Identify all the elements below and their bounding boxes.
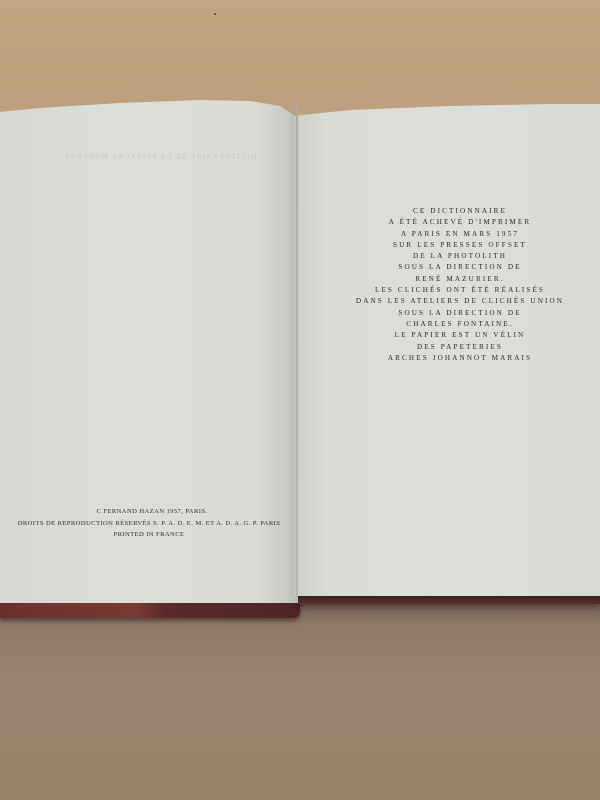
colophon-line: RENÉ MAZURIER.	[330, 274, 590, 285]
show-through-text: DICTIONNAIRE DE LA PEINTURE MODERNE	[50, 153, 270, 161]
colophon-line: DES PAPETERIES	[330, 342, 590, 353]
colophon-line: DE LA PHOTOLITH	[330, 251, 590, 262]
dust-speck	[214, 13, 216, 15]
colophon-line: A PARIS EN MARS 1957	[330, 229, 590, 240]
book-cover-edge-right	[296, 596, 600, 604]
colophon: CE DICTIONNAIRE A ÉTÉ ACHEVÉ D'IMPRIMER …	[330, 206, 590, 364]
colophon-line: A ÉTÉ ACHEVÉ D'IMPRIMER	[330, 217, 590, 228]
colophon-line: SOUS LA DIRECTION DE	[330, 308, 590, 319]
imprint-line-rights: DROITS DE REPRODUCTION RÉSERVÉS S. P. A.…	[0, 518, 298, 530]
colophon-line: LE PAPIER EST UN VÉLIN	[330, 330, 590, 341]
colophon-line: CE DICTIONNAIRE	[330, 206, 590, 217]
imprint-line-copyright: C FERNAND HAZAN 1957, PARIS.	[0, 506, 298, 518]
photo-scene: DICTIONNAIRE DE LA PEINTURE MODERNE C FE…	[0, 0, 600, 800]
colophon-line: DANS LES ATELIERS DE CLICHÉS UNION	[330, 296, 590, 307]
colophon-line: CHARLES FONTAINE.	[330, 319, 590, 330]
colophon-line: SUR LES PRESSES OFFSET	[330, 240, 590, 251]
colophon-line: ARCHES JOHANNOT MARAIS	[330, 353, 590, 364]
colophon-line: LES CLICHÉS ONT ÉTÉ RÉALISÉS	[330, 285, 590, 296]
copyright-imprint: C FERNAND HAZAN 1957, PARIS. DROITS DE R…	[0, 506, 298, 541]
table-surface-shadowed	[0, 600, 600, 800]
colophon-line: SOUS LA DIRECTION DE	[330, 262, 590, 273]
imprint-line-printed: PRINTED IN FRANCE	[0, 529, 298, 541]
